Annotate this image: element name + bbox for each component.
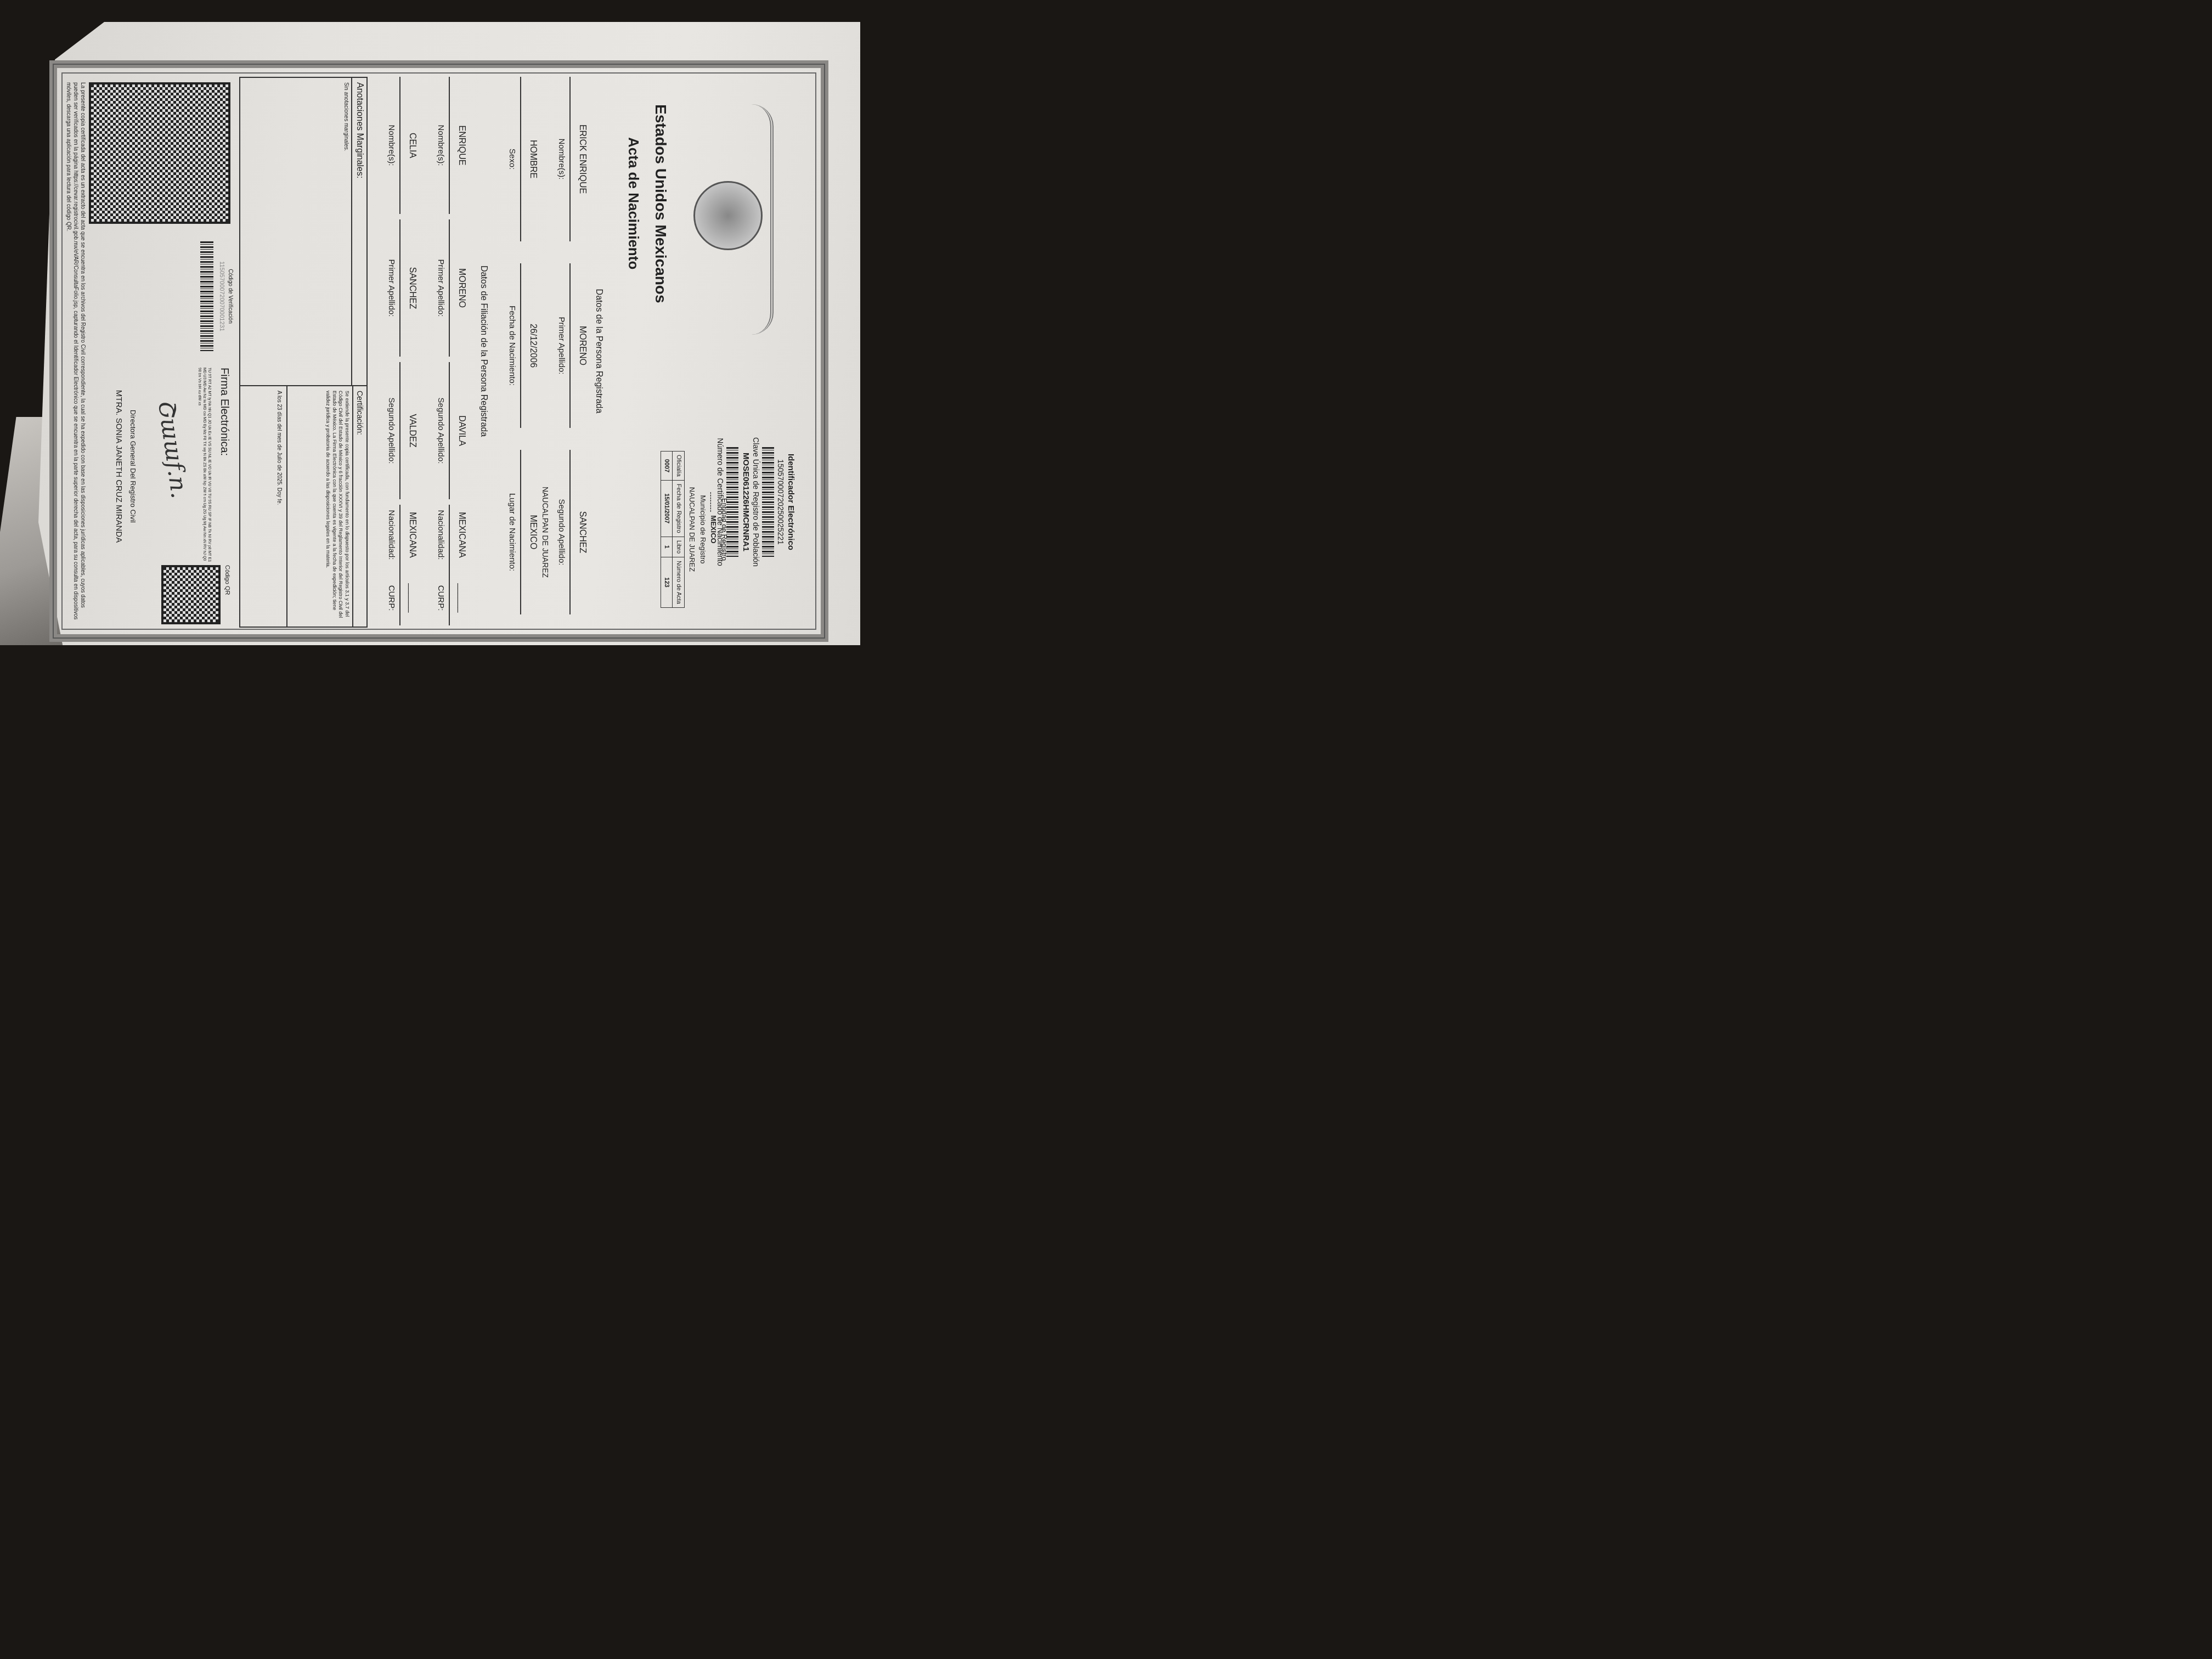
entidad-value: MEXICO <box>708 439 719 620</box>
large-qr-code-icon <box>89 82 230 224</box>
registry-block: Entidad de Registro MEXICO Municipio de … <box>661 439 730 620</box>
annotations-certification-box: Anotaciones Marginales: Sin anotaciones … <box>239 77 368 628</box>
persona-section-title: Datos de la Persona Registrada <box>594 60 603 642</box>
table-row: 0007 15/01/2007 1 123 <box>661 452 673 608</box>
firma-nombre: MTRA. SONIA JANETH CRUZ MIRANDA <box>114 379 123 554</box>
persona-birth-row: HOMBRE Sexo: 26/12/2006 Fecha de Nacimie… <box>488 77 538 625</box>
identificador-label: Identificador Electrónico <box>786 454 795 550</box>
national-seal-icon <box>693 181 763 250</box>
registry-table: Oficialía Fecha de Registro Libro Número… <box>661 451 685 608</box>
firma-title: Firma Electrónica: <box>218 368 230 456</box>
anotaciones-title: Anotaciones Marginales: <box>351 78 366 385</box>
identificador-value: 15057000720250025221 <box>776 459 785 545</box>
certificacion-fecha: A los 23 días del mes de Julio de 2025. … <box>272 386 286 627</box>
madre-row: CELIA Nombre(s): SANCHEZ Primer Apellido… <box>368 77 417 625</box>
verificacion-value: 115057000720070001231 <box>218 241 225 351</box>
municipio-value: NAUCALPAN DE JUAREZ <box>687 439 698 620</box>
table-header-row: Oficialía Fecha de Registro Libro Número… <box>673 452 685 608</box>
certificacion-title: Certificación: <box>352 386 366 627</box>
footer-legal-text: La presente copia certificada del acta e… <box>65 82 86 620</box>
barcode-icon <box>762 447 774 557</box>
small-qr-code-icon <box>161 565 221 624</box>
verificacion-label: Código de Verificación <box>227 241 233 351</box>
anotaciones-text: Sin anotaciones marginales. <box>341 78 351 385</box>
country-title: Estados Unidos Mexicanos <box>652 104 669 303</box>
padre-row: ENRIQUE Nombre(s): MORENO Primer Apellid… <box>417 77 466 625</box>
firma-cargo: Directora General Del Registro Civil <box>129 379 137 554</box>
curp-value: MOSE061226HMCRNRA1 <box>741 453 751 551</box>
curp-label: Clave Única de Registro de Población <box>752 437 760 567</box>
filiacion-section-title: Datos de Filiación de la Persona Registr… <box>478 60 488 642</box>
firma-string: TU 9T RT A2 MT Iy Nk hN Q1 JO Uk Ex lE V… <box>197 368 211 565</box>
qr-label: Código QR <box>224 565 230 595</box>
birth-certificate: Estados Unidos Mexicanos Acta de Nacimie… <box>49 60 828 642</box>
certificacion-text: Se extiende la presente copia certificad… <box>286 386 352 627</box>
verificacion-barcode-icon <box>200 241 213 351</box>
document-title: Acta de Nacimiento <box>625 137 642 269</box>
municipio-label: Municipio de Registro <box>698 439 709 620</box>
entidad-label: Entidad de Registro <box>719 439 730 620</box>
